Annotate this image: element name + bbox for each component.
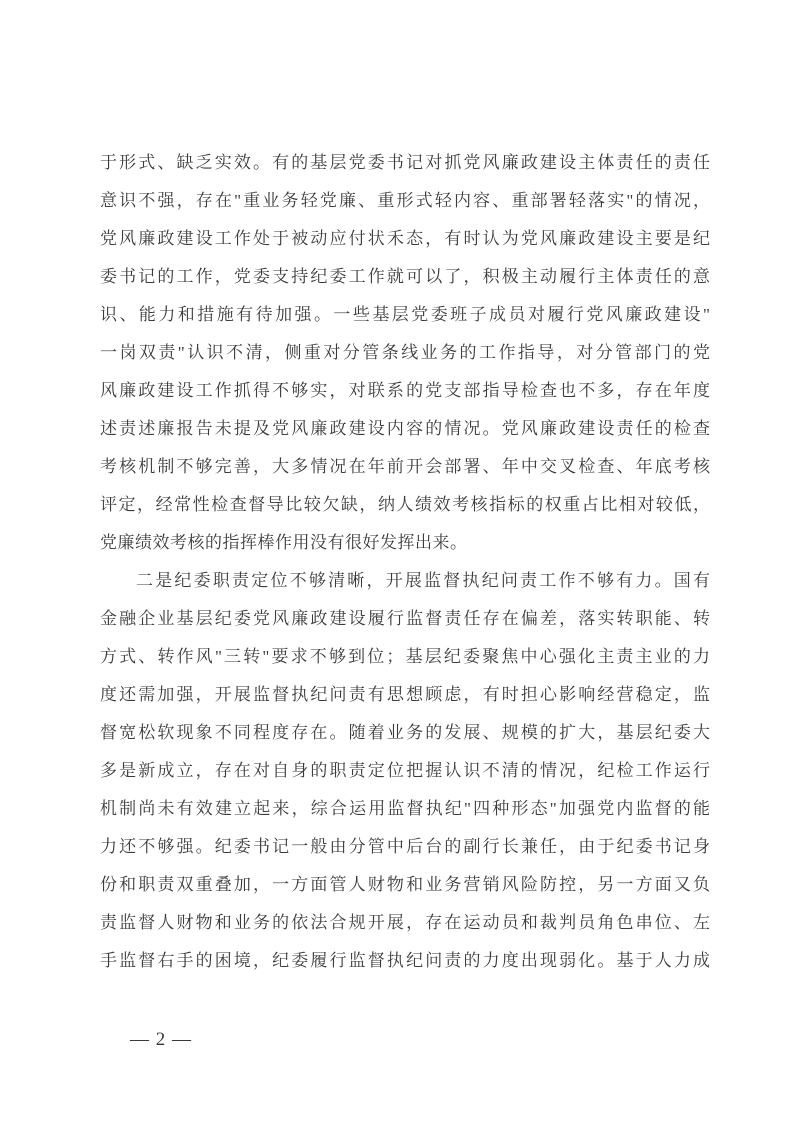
paragraph-2: 二是纪委职责定位不够清晰，开展监督执纪问责工作不够有力。国有 金融企业基层纪委党… bbox=[100, 562, 710, 980]
text-line: 识、能力和措施有待加强。一些基层党委班子成员对履行党风廉政建设" bbox=[100, 296, 710, 334]
text-line: 度还需加强，开展监督执纪问责有思想顾虑，有时担心影响经营稳定，监 bbox=[100, 676, 710, 714]
text-line: 党廉绩效考核的指挥棒作用没有很好发挥出来。 bbox=[100, 524, 710, 562]
text-line: 督宽松软现象不同程度存在。随着业务的发展、规模的扩大，基层纪委大 bbox=[100, 714, 710, 752]
text-line: 述责述廉报告未提及党风廉政建设内容的情况。党风廉政建设责任的检查 bbox=[100, 410, 710, 448]
text-line: 力还不够强。纪委书记一般由分管中后台的副行长兼任，由于纪委书记身 bbox=[100, 828, 710, 866]
body-text: 于形式、缺乏实效。有的基层党委书记对抓党风廉政建设主体责任的责任 意识不强，存在… bbox=[100, 144, 710, 980]
text-line: 风廉政建设工作抓得不够实，对联系的党支部指导检查也不多，存在年度 bbox=[100, 372, 710, 410]
text-line: 考核机制不够完善，大多情况在年前开会部署、年中交叉检查、年底考核 bbox=[100, 448, 710, 486]
text-line: 委书记的工作，党委支持纪委工作就可以了，积极主动履行主体责任的意 bbox=[100, 258, 710, 296]
text-line: 意识不强，存在"重业务轻党廉、重形式轻内容、重部署轻落实"的情况， bbox=[100, 182, 710, 220]
page-number: — 2 — bbox=[130, 1028, 192, 1052]
text-line: 方式、转作风"三转"要求不够到位；基层纪委聚焦中心强化主责主业的力 bbox=[100, 638, 710, 676]
text-line: 二是纪委职责定位不够清晰，开展监督执纪问责工作不够有力。国有 bbox=[100, 562, 710, 600]
text-line: 份和职责双重叠加，一方面管人财物和业务营销风险防控，另一方面又负 bbox=[100, 866, 710, 904]
text-line: 责监督人财物和业务的依法合规开展，存在运动员和裁判员角色串位、左 bbox=[100, 904, 710, 942]
text-line: 金融企业基层纪委党风廉政建设履行监督责任存在偏差，落实转职能、转 bbox=[100, 600, 710, 638]
text-line: 机制尚未有效建立起来，综合运用监督执纪"四种形态"加强党内监督的能 bbox=[100, 790, 710, 828]
text-line: 于形式、缺乏实效。有的基层党委书记对抓党风廉政建设主体责任的责任 bbox=[100, 144, 710, 182]
text-line: 手监督右手的困境，纪委履行监督执纪问责的力度出现弱化。基于人力成 bbox=[100, 942, 710, 980]
text-line: 一岗双责"认识不清，侧重对分管条线业务的工作指导，对分管部门的党 bbox=[100, 334, 710, 372]
text-line: 多是新成立，存在对自身的职责定位把握认识不清的情况，纪检工作运行 bbox=[100, 752, 710, 790]
document-page: 于形式、缺乏实效。有的基层党委书记对抓党风廉政建设主体责任的责任 意识不强，存在… bbox=[0, 0, 793, 1122]
paragraph-1: 于形式、缺乏实效。有的基层党委书记对抓党风廉政建设主体责任的责任 意识不强，存在… bbox=[100, 144, 710, 562]
text-line: 党风廉政建设工作处于被动应付状禾态，有时认为党风廉政建设主要是纪 bbox=[100, 220, 710, 258]
text-line: 评定，经常性检查督导比较欠缺，纳人绩效考核指标的权重占比相对较低， bbox=[100, 486, 710, 524]
